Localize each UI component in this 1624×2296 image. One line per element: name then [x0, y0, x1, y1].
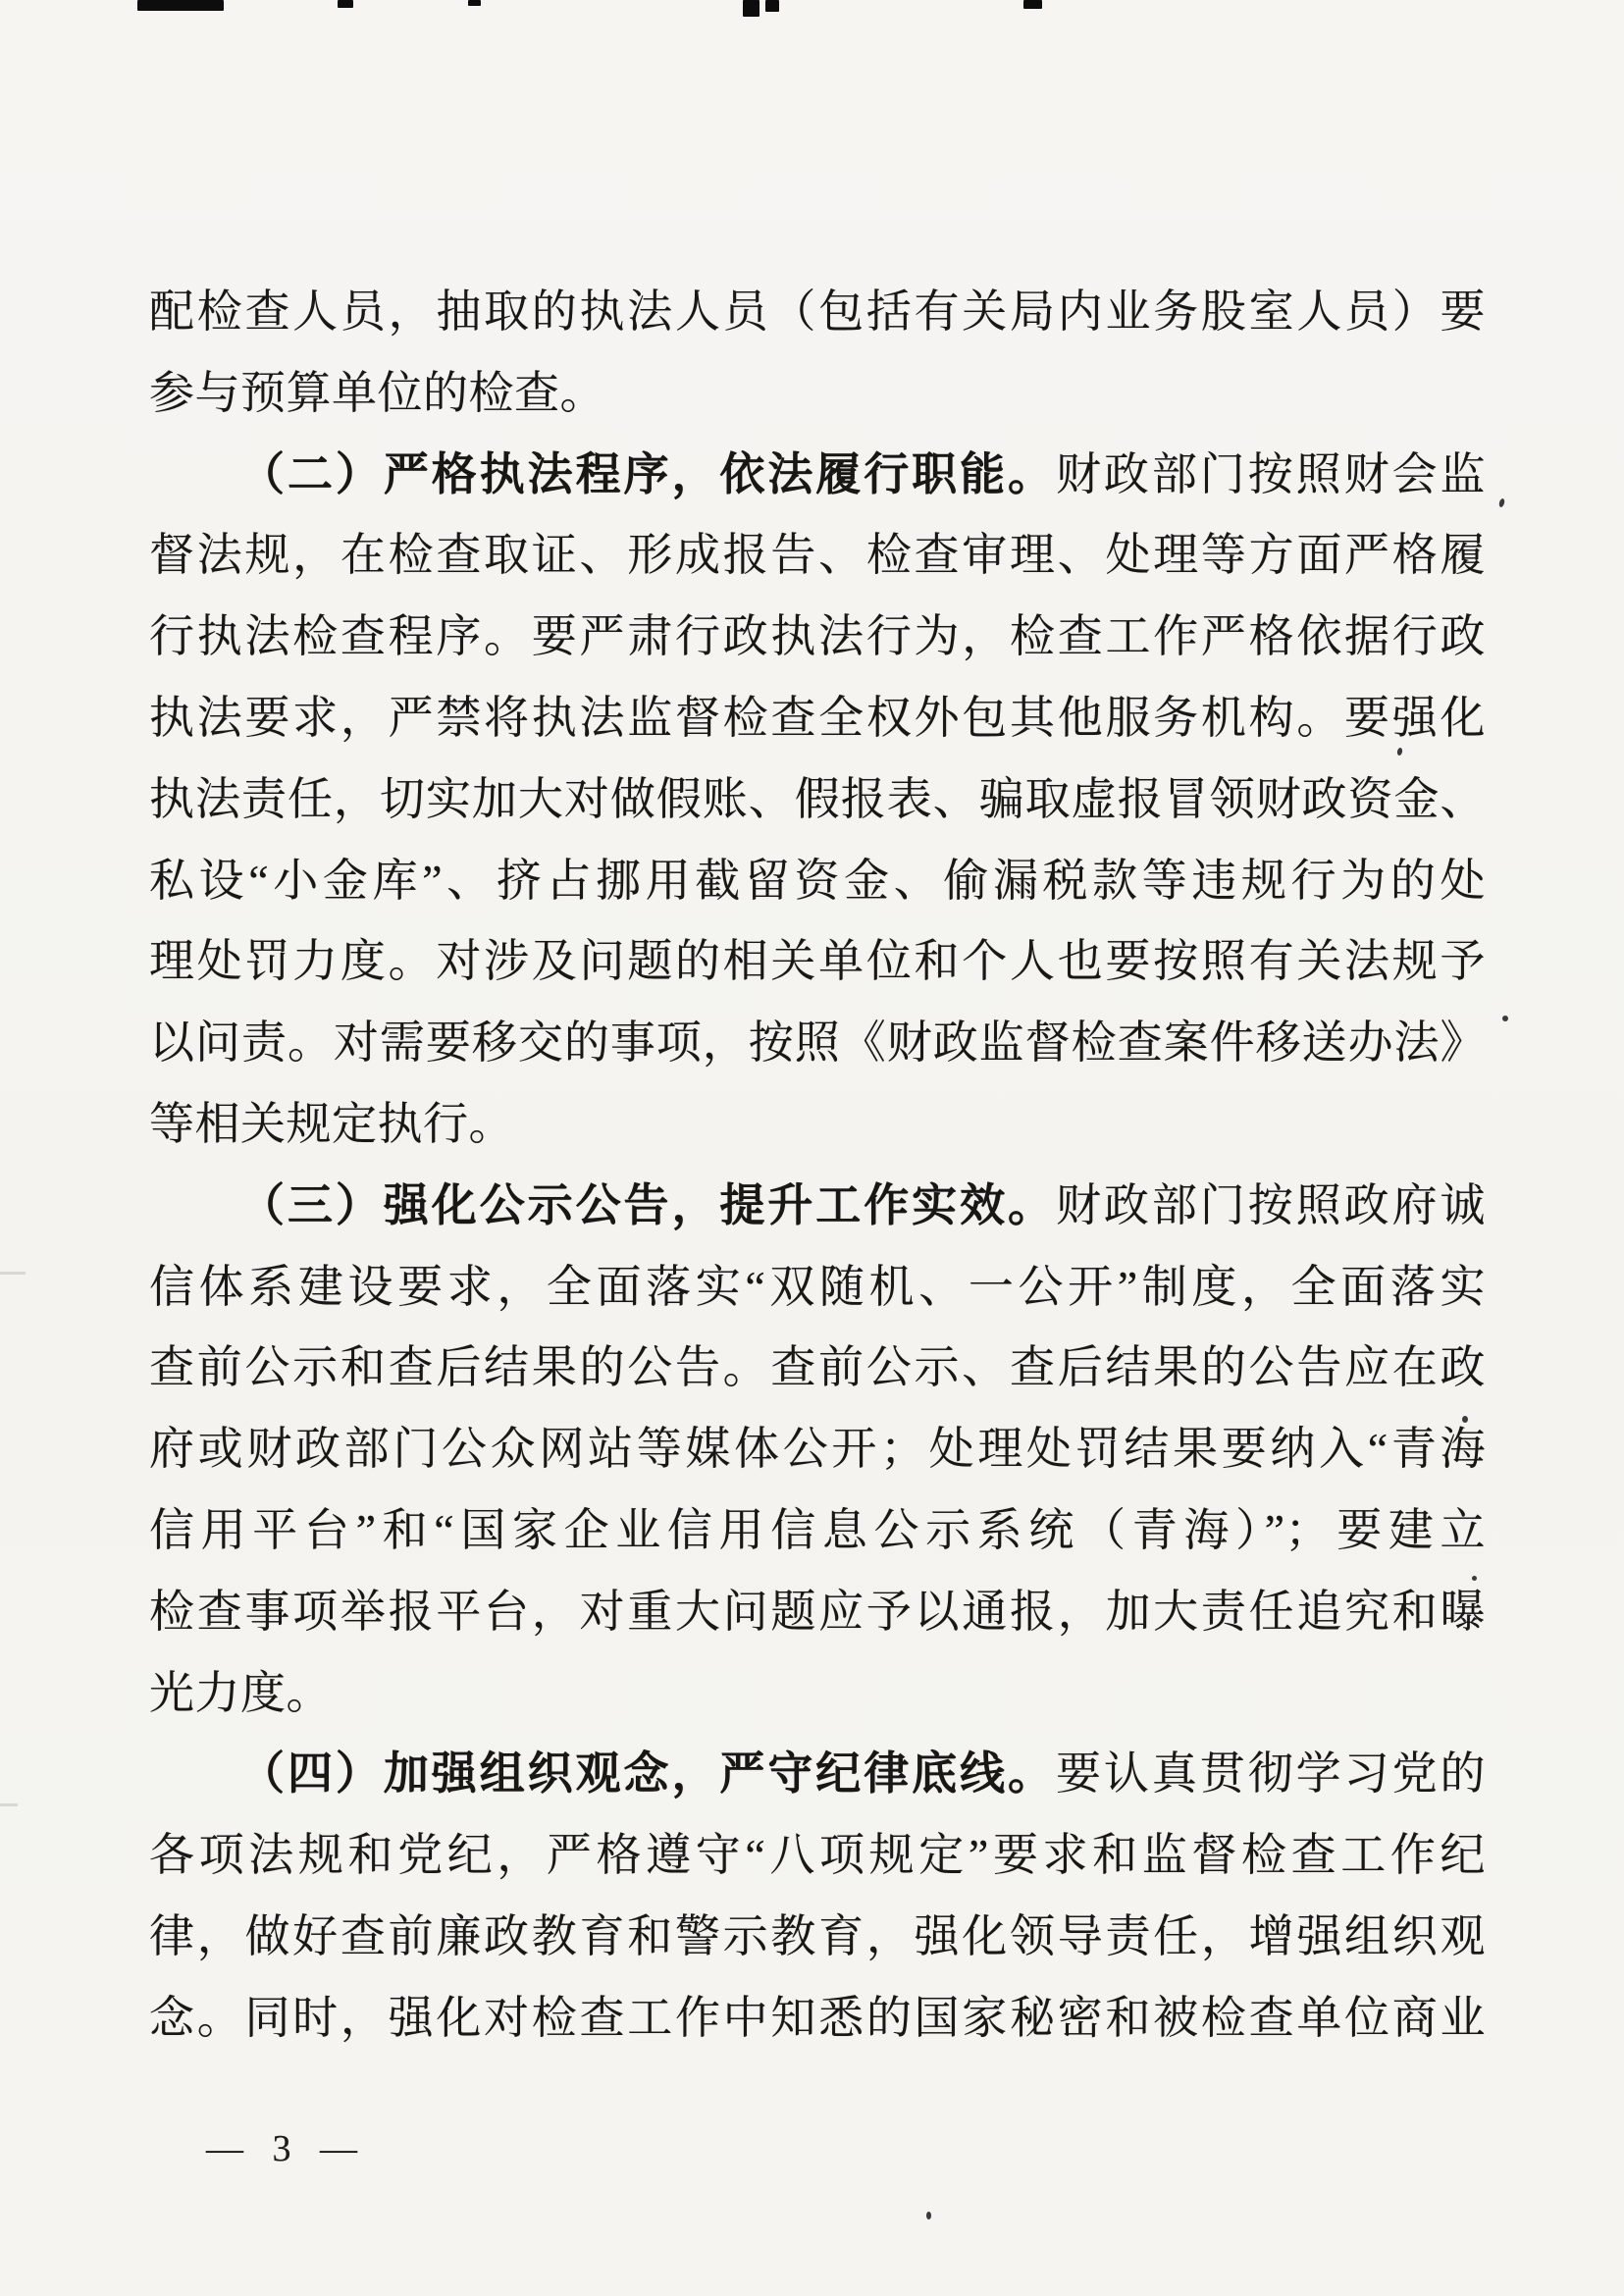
line-text: 各项法规和党纪，严格遵守“八项规定”要求和监督检查工作纪 [149, 1830, 1486, 1880]
line-text: 执法要求，严禁将执法监督检查全权外包其他服务机构。要强化 [149, 693, 1486, 743]
text-line: 信用平台”和“国家企业信用信息公示系统（青海）”；要建立 [149, 1490, 1486, 1572]
line-text: 理处罚力度。对涉及问题的相关单位和个人也要按照有关法规予 [149, 936, 1486, 986]
document-body: 配检查人员，抽取的执法人员（包括有关局内业务股室人员）要参与预算单位的检查。（二… [149, 272, 1486, 2060]
text-line: 理处罚力度。对涉及问题的相关单位和个人也要按照有关法规予 [149, 921, 1486, 1003]
section-heading: （四）加强组织观念，严守纪律底线。 [239, 1748, 1056, 1799]
line-text: 查前公示和查后结果的公告。查前公示、查后结果的公告应在政 [149, 1342, 1486, 1392]
section-heading: （三）强化公示公告，提升工作实效。 [239, 1180, 1056, 1230]
text-line: 查前公示和查后结果的公告。查前公示、查后结果的公告应在政 [149, 1328, 1486, 1409]
line-text: 等相关规定执行。 [149, 1099, 514, 1149]
text-line: 执法责任，切实加大对做假账、假报表、骗取虚报冒领财政资金、 [149, 759, 1486, 841]
line-text: 财政部门按照政府诚 [1056, 1180, 1486, 1230]
scan-artifact [743, 0, 760, 17]
text-line: 念。同时，强化对检查工作中知悉的国家秘密和被检查单位商业 [149, 1978, 1486, 2060]
page-number: — 3 — [206, 2127, 367, 2170]
text-line: （三）强化公示公告，提升工作实效。财政部门按照政府诚 [149, 1166, 1486, 1247]
line-text: 督法规，在检查取证、形成报告、检查审理、处理等方面严格履 [149, 530, 1486, 580]
line-text: 配检查人员，抽取的执法人员（包括有关局内业务股室人员）要 [149, 287, 1486, 337]
text-line: 行执法检查程序。要严肃行政执法行为，检查工作严格依据行政 [149, 597, 1486, 678]
scan-artifact [137, 0, 224, 11]
text-line: 府或财政部门公众网站等媒体公开；处理处罚结果要纳入“青海 [149, 1409, 1486, 1490]
scan-artifact [765, 0, 779, 12]
text-line: 光力度。 [149, 1653, 1486, 1735]
line-text: 检查事项举报平台，对重大问题应予以通报，加大责任追究和曝 [149, 1587, 1486, 1637]
line-text: 府或财政部门公众网站等媒体公开；处理处罚结果要纳入“青海 [149, 1424, 1486, 1474]
text-line: 信体系建设要求，全面落实“双随机、一公开”制度，全面落实 [149, 1247, 1486, 1329]
scan-speck [1502, 1016, 1508, 1021]
document-page: 配检查人员，抽取的执法人员（包括有关局内业务股室人员）要参与预算单位的检查。（二… [0, 0, 1624, 2296]
text-line: 私设“小金库”、挤占挪用截留资金、偷漏税款等违规行为的处 [149, 841, 1486, 922]
paper-crease [0, 1803, 18, 1806]
line-text: 信用平台”和“国家企业信用信息公示系统（青海）”；要建立 [149, 1505, 1486, 1555]
text-line: 检查事项举报平台，对重大问题应予以通报，加大责任追究和曝 [149, 1572, 1486, 1653]
scan-artifact [1023, 0, 1042, 9]
text-line: 以问责。对需要移交的事项，按照《财政监督检查案件移送办法》 [149, 1003, 1486, 1084]
line-text: 私设“小金库”、挤占挪用截留资金、偷漏税款等违规行为的处 [149, 856, 1486, 906]
text-line: 执法要求，严禁将执法监督检查全权外包其他服务机构。要强化 [149, 678, 1486, 759]
scan-artifact [468, 0, 481, 6]
line-text: 财政部门按照财会监 [1056, 449, 1486, 499]
scan-artifact [338, 0, 353, 8]
text-line: 参与预算单位的检查。 [149, 353, 1486, 435]
text-line: 各项法规和党纪，严格遵守“八项规定”要求和监督检查工作纪 [149, 1815, 1486, 1897]
line-text: 行执法检查程序。要严肃行政执法行为，检查工作严格依据行政 [149, 611, 1486, 661]
line-text: 以问责。对需要移交的事项，按照《财政监督检查案件移送办法》 [149, 1018, 1486, 1068]
line-text: 执法责任，切实加大对做假账、假报表、骗取虚报冒领财政资金、 [149, 774, 1486, 824]
text-line: （二）严格执法程序，依法履行职能。财政部门按照财会监 [149, 435, 1486, 516]
text-line: 等相关规定执行。 [149, 1084, 1486, 1166]
line-text: 要认真贯彻学习党的 [1056, 1748, 1486, 1799]
text-line: 配检查人员，抽取的执法人员（包括有关局内业务股室人员）要 [149, 272, 1486, 353]
scan-speck [926, 2212, 931, 2219]
section-heading: （二）严格执法程序，依法履行职能。 [239, 449, 1056, 499]
text-line: 督法规，在检查取证、形成报告、检查审理、处理等方面严格履 [149, 515, 1486, 597]
line-text: 律，做好查前廉政教育和警示教育，强化领导责任，增强组织观 [149, 1911, 1486, 1961]
scan-speck [1498, 498, 1505, 508]
line-text: 光力度。 [149, 1668, 332, 1718]
line-text: 信体系建设要求，全面落实“双随机、一公开”制度，全面落实 [149, 1262, 1486, 1312]
line-text: 参与预算单位的检查。 [149, 368, 605, 418]
text-line: 律，做好查前廉政教育和警示教育，强化领导责任，增强组织观 [149, 1897, 1486, 1978]
paper-crease [0, 1272, 26, 1275]
text-line: （四）加强组织观念，严守纪律底线。要认真贯彻学习党的 [149, 1734, 1486, 1815]
line-text: 念。同时，强化对检查工作中知悉的国家秘密和被检查单位商业 [149, 1993, 1486, 2043]
